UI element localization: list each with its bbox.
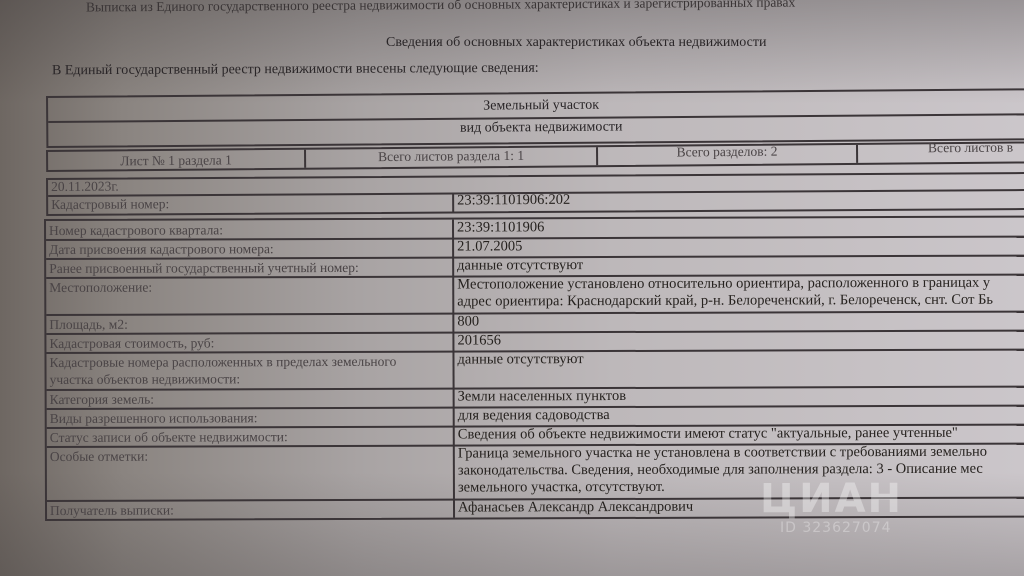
row-value: 201656 <box>457 332 501 349</box>
intro-text: В Единый государственный реестр недвижим… <box>52 61 539 80</box>
watermark-logo: ЦИАН <box>760 476 903 522</box>
row-value: данные отсутствуют <box>457 257 583 274</box>
row-value: Земли населенных пунктов <box>458 388 626 406</box>
row-label: Статус записи об объекте недвижимости: <box>50 428 288 446</box>
document-header: Выписка из Единого государственного реес… <box>86 0 795 15</box>
row-value: для ведения садоводства <box>458 407 610 425</box>
row-value: 21.07.2005 <box>457 238 522 255</box>
row-value: Афанасьев Александр Александрович <box>458 499 693 517</box>
section-title: Сведения об основных характеристиках объ… <box>386 35 766 51</box>
total-sections: Всего разделов: 2 <box>598 143 856 161</box>
row-value: Граница земельного участка не установлен… <box>458 444 987 497</box>
row-label: Местоположение: <box>49 279 152 296</box>
table-rows: Номер кадастрового квартала:23:39:110190… <box>46 218 1024 221</box>
cadastral-number-value: 23:39:1101906:202 <box>457 192 570 210</box>
extract-date: 20.11.2023г. <box>51 179 119 195</box>
object-type-table: Земельный участок вид объекта недвижимос… <box>46 88 1024 148</box>
row-label: Категория земель: <box>50 391 154 408</box>
row-label: Площадь, м2: <box>49 316 128 333</box>
cadastral-number-table: 20.11.2023г. Кадастровый номер: 23:39:11… <box>46 172 1024 216</box>
row-value: Местоположение установлено относительно … <box>457 275 993 311</box>
row-value: Сведения об объекте недвижимости имеют с… <box>458 425 958 444</box>
row-value: данные отсутствуют <box>457 351 583 368</box>
divider <box>856 145 858 163</box>
row-label: Кадастровые номера расположенных в преде… <box>49 353 396 388</box>
sheet-number: Лист № 1 раздела 1 <box>48 152 304 170</box>
row-value: 800 <box>457 313 479 330</box>
row-label: Номер кадастрового квартала: <box>49 221 223 239</box>
row-value: 23:39:1101906 <box>457 219 544 236</box>
divider <box>452 193 454 212</box>
row-label: Получатель выписки: <box>50 502 174 519</box>
row-label: Особые отметки: <box>50 448 148 465</box>
row-label: Дата присвоения кадастрового номера: <box>49 240 274 258</box>
total-sheets-section: Всего листов раздела 1: 1 <box>306 147 596 166</box>
watermark-id: ID 323627074 <box>780 520 892 536</box>
row-label: Ранее присвоенный государственный учетны… <box>49 259 359 277</box>
row-label: Виды разрешенного использования: <box>50 409 258 427</box>
cadastral-number-label: Кадастровый номер: <box>51 196 169 213</box>
divider <box>452 220 455 518</box>
row-label: Кадастровая стоимость, руб: <box>49 334 214 352</box>
row-divider <box>46 311 1024 316</box>
total-sheets: Всего листов в <box>928 140 1013 157</box>
